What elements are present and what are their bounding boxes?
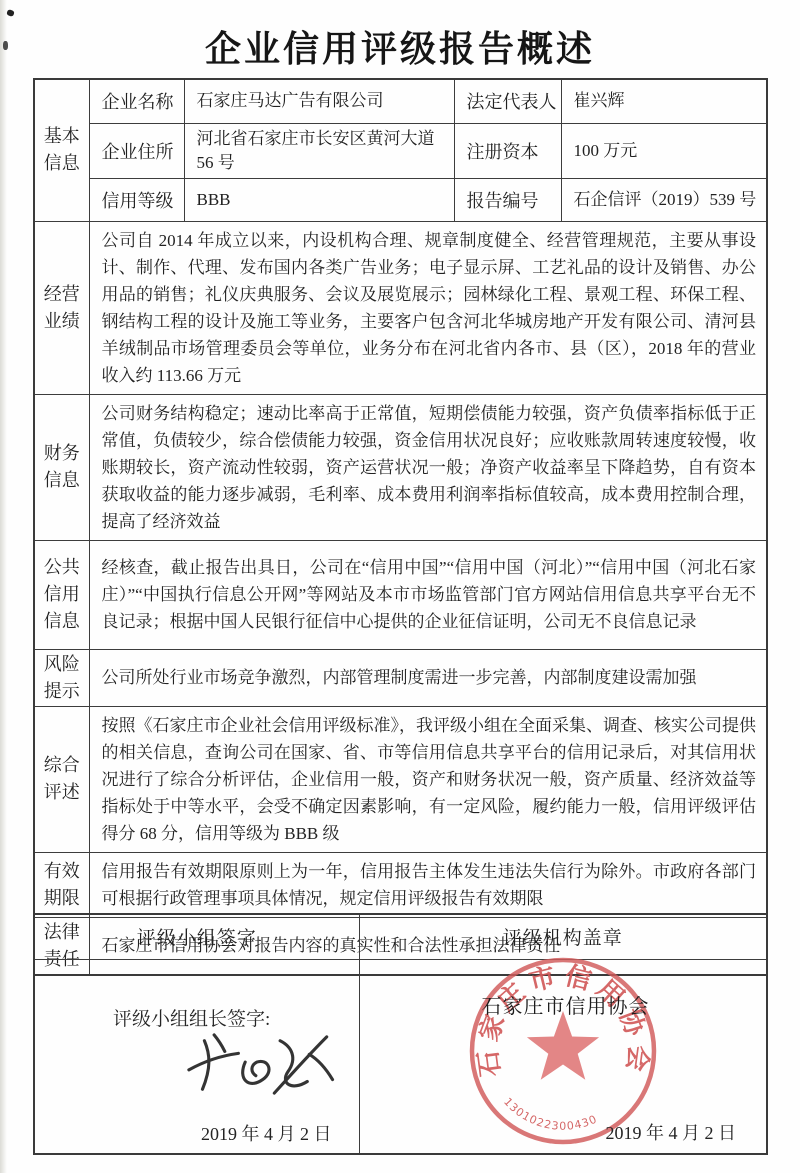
- table-row: 信用等级 BBB 报告编号 石企信评（2019）539 号: [34, 178, 767, 221]
- section-label-basic-info: 基本 信息: [34, 79, 89, 221]
- section-label-business-performance: 经营 业绩: [34, 221, 89, 394]
- section-label-risk-warning: 风险 提示: [34, 649, 89, 706]
- risk-warning-text: 公司所处行业市场竞争激烈，内部管理制度需进一步完善，内部制度建设需加强: [89, 649, 767, 706]
- company-name-label: 企业名称: [89, 79, 184, 123]
- team-leader-signature-label: 评级小组组长签字:: [113, 1004, 270, 1031]
- section-label-financial-info: 财务 信息: [34, 394, 89, 540]
- legal-representative-label: 法定代表人: [454, 79, 561, 123]
- section-label-comprehensive-review: 综合 评述: [34, 706, 89, 852]
- table-row: 有效 期限 信用报告有效期限原则上为一年，信用报告主体发生违法失信行为除外。市政…: [34, 852, 767, 917]
- legal-representative-value: 崔兴辉: [561, 79, 767, 123]
- table-row: 风险 提示 公司所处行业市场竞争激烈，内部管理制度需进一步完善，内部制度建设需加…: [34, 649, 767, 706]
- table-row: 企业住所 河北省石家庄市长安区黄河大道 56 号 注册资本 100 万元: [34, 123, 767, 178]
- comprehensive-review-text: 按照《石家庄市企业社会信用评级标准》，我评级小组在全面采集、调查、核实公司提供的…: [89, 706, 767, 852]
- table-row: 经营 业绩 公司自 2014 年成立以来，内设机构合理、规章制度健全、经营管理规…: [34, 221, 767, 394]
- registered-capital-label: 注册资本: [454, 123, 561, 178]
- financial-info-text: 公司财务结构稳定；速动比率高于正常值，短期偿债能力较强，资产负债率指标低于正常值…: [89, 394, 767, 540]
- table-row: 综合 评述 按照《石家庄市企业社会信用评级标准》，我评级小组在全面采集、调查、核…: [34, 706, 767, 852]
- public-credit-info-text: 经核查，截止报告出具日，公司在“信用中国”“信用中国（河北）”“信用中国（河北石…: [89, 540, 767, 649]
- table-row: 财务 信息 公司财务结构稳定；速动比率高于正常值，短期偿债能力较强，资产负债率指…: [34, 394, 767, 540]
- stamp-star: [526, 1011, 598, 1080]
- company-address-label: 企业住所: [89, 123, 184, 178]
- business-performance-text: 公司自 2014 年成立以来，内设机构合理、规章制度健全、经营管理规范，主要从事…: [89, 221, 767, 394]
- report-number-value: 石企信评（2019）539 号: [561, 178, 767, 221]
- right-date: 2019 年 4 月 2 日: [606, 1119, 737, 1145]
- report-table: 基本 信息 企业名称 石家庄马达广告有限公司 法定代表人 崔兴辉 企业住所 河北…: [33, 78, 768, 976]
- report-number-label: 报告编号: [454, 178, 561, 221]
- stamp-org-text: 石家庄市信用协会: [482, 990, 650, 1019]
- validity-period-text: 信用报告有效期限原则上为一年，信用报告主体发生违法失信行为除外。市政府各部门可根…: [89, 852, 767, 917]
- section-label-validity-period: 有效 期限: [34, 852, 89, 917]
- page-title: 企业信用评级报告概述: [0, 0, 800, 72]
- table-row: 公共 信用 信息 经核查，截止报告出具日，公司在“信用中国”“信用中国（河北）”…: [34, 540, 767, 649]
- rating-team-signature-header: 评级小组签字: [34, 914, 359, 959]
- scan-speck: [3, 41, 8, 50]
- stamp-cell: 石家庄市信用协会 1301022300430 石家庄市信用协会 2019 年 4…: [359, 959, 767, 1154]
- document-page: 企业信用评级报告概述 基本 信息 企业名称 石家庄马达广告有限公司 法定代表人 …: [0, 0, 800, 1173]
- left-date: 2019 年 4 月 2 日: [201, 1120, 332, 1146]
- handwritten-signature: [185, 1030, 350, 1100]
- table-row: 评级小组组长签字: 2019 年 4 月 2 日: [34, 959, 767, 1154]
- section-label-public-credit-info: 公共 信用 信息: [34, 540, 89, 649]
- signature-table: 评级小组签字 评级机构盖章 评级小组组长签字: 2019 年 4 月 2: [33, 913, 768, 1155]
- registered-capital-value: 100 万元: [561, 123, 767, 178]
- company-address-value: 河北省石家庄市长安区黄河大道 56 号: [184, 123, 454, 178]
- credit-grade-label: 信用等级: [89, 178, 184, 221]
- signature-cell-left: 评级小组组长签字: 2019 年 4 月 2 日: [34, 959, 359, 1154]
- table-row: 基本 信息 企业名称 石家庄马达广告有限公司 法定代表人 崔兴辉: [34, 79, 767, 123]
- company-name-value: 石家庄马达广告有限公司: [184, 79, 454, 123]
- credit-grade-value: BBB: [184, 178, 454, 221]
